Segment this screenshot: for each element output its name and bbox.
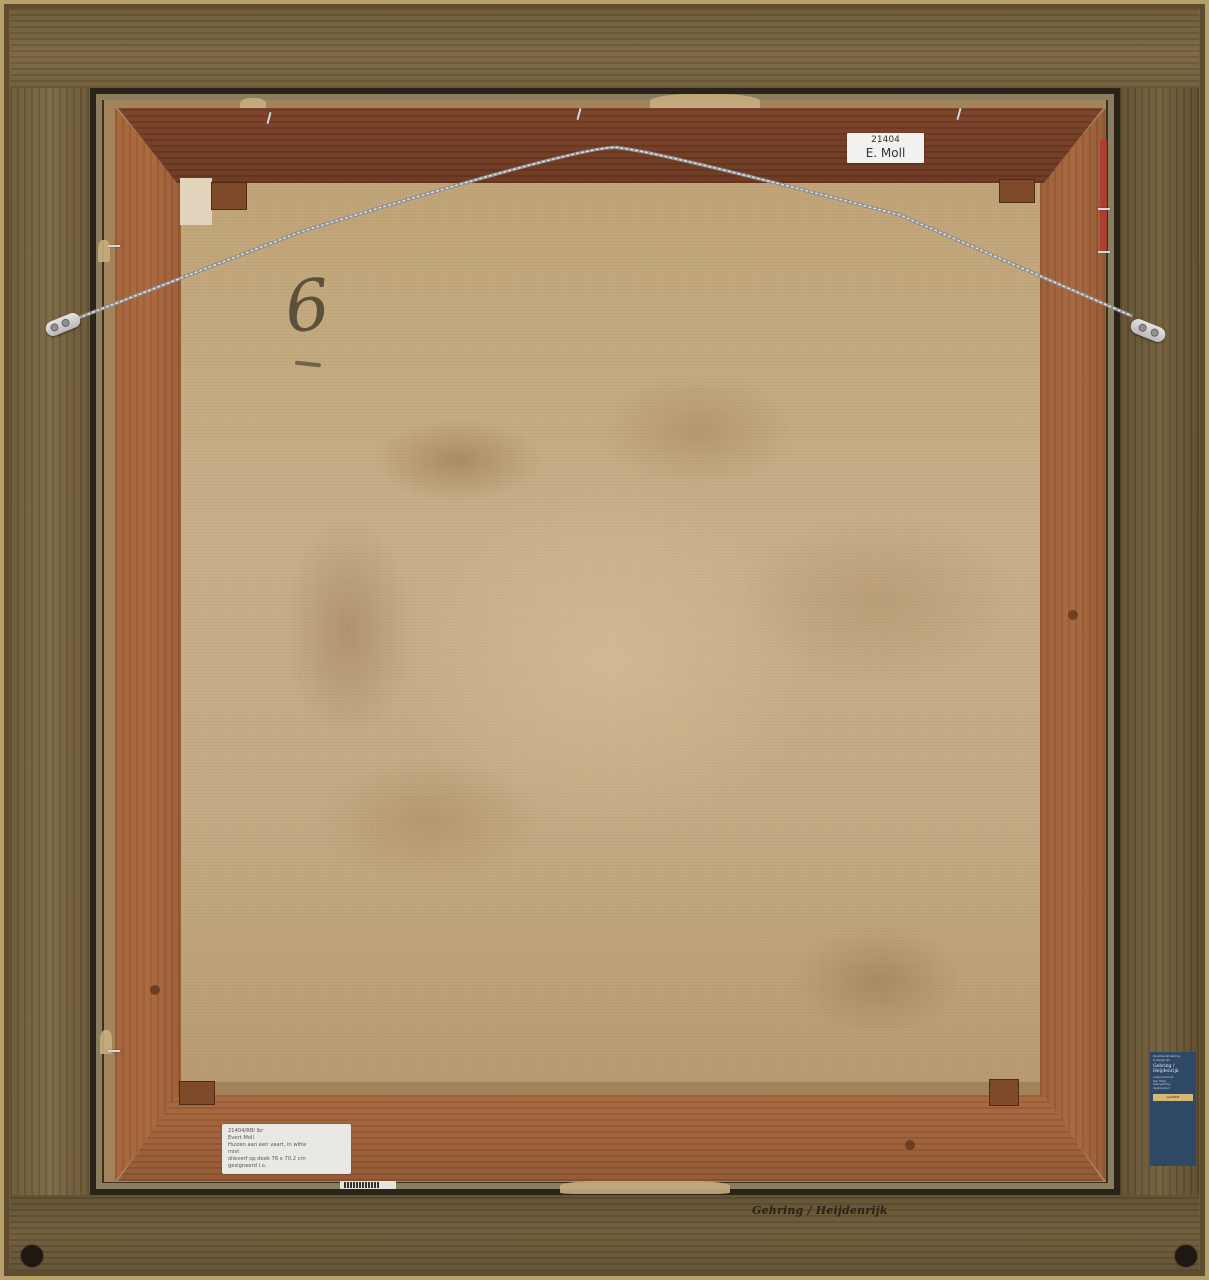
dealer-label-line: & Heijdenrijk xyxy=(1153,1059,1193,1063)
frame-maker-stamp: Gehring / Heijdenrijk xyxy=(752,1204,888,1217)
frame-top-rail xyxy=(10,8,1199,88)
stretcher-corner-key xyxy=(1000,180,1034,202)
tack xyxy=(1098,251,1110,253)
tack xyxy=(1098,208,1110,210)
gallery-label-line: 21404/RBl lbr xyxy=(228,1128,345,1135)
gallery-label-line: olieverf op doek 76 x 70,2 cm xyxy=(228,1156,345,1163)
frame-left-rail xyxy=(10,88,90,1195)
bumper-foot-bottom-left xyxy=(21,1245,43,1267)
bumper-foot-bottom-right xyxy=(1175,1245,1197,1267)
gallery-label-line: mist xyxy=(228,1149,345,1156)
gallery-label-line: Huizen aan een vaart, in witte xyxy=(228,1142,345,1149)
inventory-label: 21404 E. Moll xyxy=(847,133,924,163)
stretcher-right-bar xyxy=(1040,108,1106,1181)
wood-knot xyxy=(1068,610,1078,620)
dealer-label-line: heijdenrijk.nl xyxy=(1153,1087,1193,1091)
stretcher-corner-key xyxy=(990,1080,1018,1105)
frame-bottom-rail xyxy=(10,1195,1199,1271)
gallery-label-line: Evert Moll xyxy=(228,1135,345,1142)
stretcher-left-bar xyxy=(115,108,181,1181)
wood-knot xyxy=(150,985,160,995)
inventory-artist: E. Moll xyxy=(847,146,924,160)
gallery-label: 21404/RBl lbr Evert Moll Huizen aan een … xyxy=(222,1124,351,1174)
dealer-label-gold-band: GALERIE xyxy=(1153,1094,1193,1101)
canvas-torn-edge xyxy=(98,240,110,262)
wood-knot xyxy=(905,1140,915,1150)
dealer-label-heading: Gehring / Heijdenrijk xyxy=(1153,1064,1193,1074)
screw-icon xyxy=(60,318,70,328)
stretcher-corner-key xyxy=(180,1082,214,1104)
barcode-sticker xyxy=(340,1181,396,1189)
screw-icon xyxy=(1137,323,1147,333)
dealer-label: Kunsthandel Gehring & Heijdenrijk Gehrin… xyxy=(1150,1052,1196,1166)
inventory-number: 21404 xyxy=(847,135,924,145)
stretcher-corner-key xyxy=(180,178,212,225)
stretcher-top-bar xyxy=(118,108,1103,183)
tack xyxy=(108,245,120,247)
paint-edge-red xyxy=(1100,140,1107,250)
frame-right-rail xyxy=(1120,88,1199,1195)
tack xyxy=(108,1050,120,1052)
inventory-numeral: 6 xyxy=(281,263,334,349)
gallery-label-line: gesigneerd l.o. xyxy=(228,1163,345,1170)
stretcher-corner-key xyxy=(212,183,246,209)
canvas-torn-edge xyxy=(560,1180,730,1194)
screw-icon xyxy=(49,322,59,332)
screw-icon xyxy=(1149,327,1159,337)
